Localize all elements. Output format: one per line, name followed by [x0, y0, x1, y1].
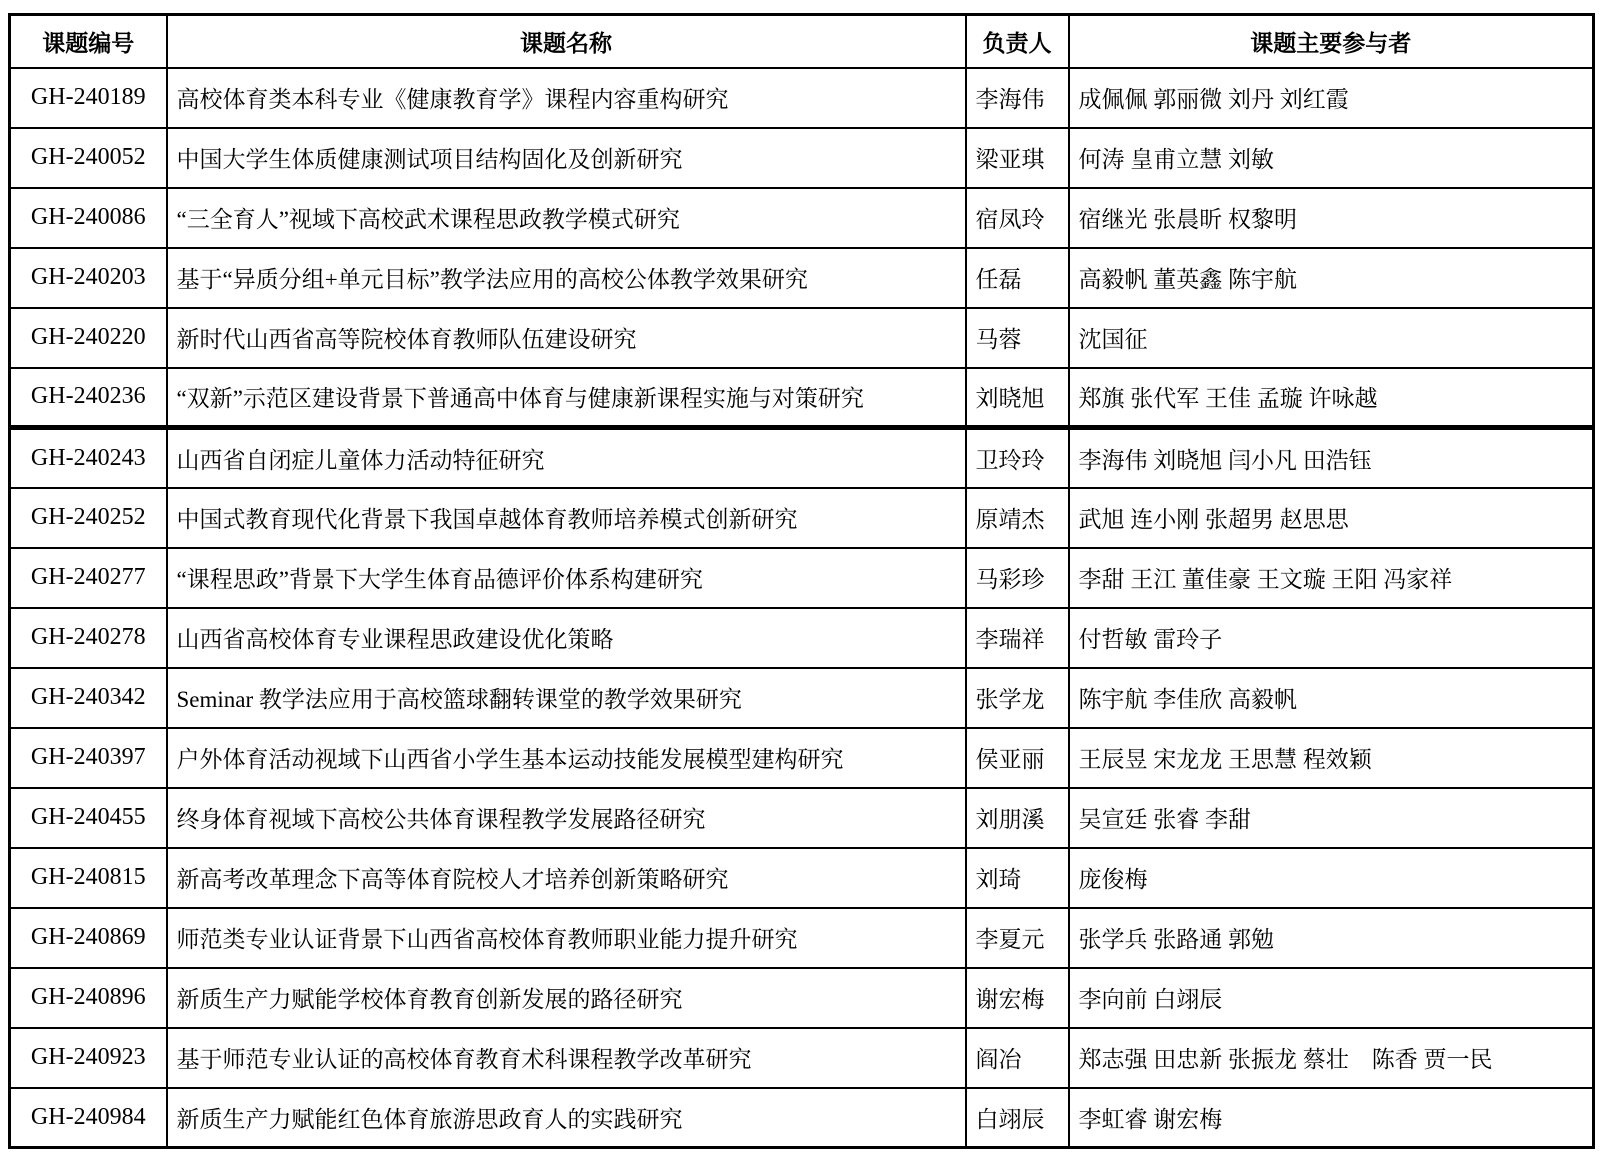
project-id-cell: GH-240277 — [10, 548, 167, 608]
project-id-cell: GH-240278 — [10, 608, 167, 668]
leader-cell: 梁亚琪 — [966, 128, 1069, 188]
project-title-cell: 师范类专业认证背景下山西省高校体育教师职业能力提升研究 — [167, 908, 966, 968]
leader-cell: 刘朋溪 — [966, 788, 1069, 848]
participants-cell: 郑旗 张代军 王佳 孟璇 许咏越 — [1069, 368, 1594, 428]
participants-cell: 张学兵 张路通 郭勉 — [1069, 908, 1594, 968]
header-project-title: 课题名称 — [167, 15, 966, 68]
project-title-cell: “课程思政”背景下大学生体育品德评价体系构建研究 — [167, 548, 966, 608]
header-participants: 课题主要参与者 — [1069, 15, 1594, 68]
participants-cell: 高毅帆 董英鑫 陈宇航 — [1069, 248, 1594, 308]
leader-cell: 刘晓旭 — [966, 368, 1069, 428]
project-id-cell: GH-240243 — [10, 428, 167, 488]
participants-cell: 李海伟 刘晓旭 闫小凡 田浩钰 — [1069, 428, 1594, 488]
document-page: 课题编号 课题名称 负责人 课题主要参与者 GH-240189 高校体育类本科专… — [0, 0, 1600, 1176]
table-row: GH-240923 基于师范专业认证的高校体育教育术科课程教学改革研究 阎冶 郑… — [10, 1028, 1594, 1088]
project-title-cell: 户外体育活动视域下山西省小学生基本运动技能发展模型建构研究 — [167, 728, 966, 788]
leader-cell: 谢宏梅 — [966, 968, 1069, 1028]
participants-cell: 武旭 连小刚 张超男 赵思思 — [1069, 488, 1594, 548]
leader-cell: 原靖杰 — [966, 488, 1069, 548]
project-id-cell: GH-240086 — [10, 188, 167, 248]
project-title-cell: 基于师范专业认证的高校体育教育术科课程教学改革研究 — [167, 1028, 966, 1088]
participants-cell: 何涛 皇甫立慧 刘敏 — [1069, 128, 1594, 188]
project-title-cell: 中国大学生体质健康测试项目结构固化及创新研究 — [167, 128, 966, 188]
project-title-cell: Seminar 教学法应用于高校篮球翻转课堂的教学效果研究 — [167, 668, 966, 728]
table-row: GH-240869 师范类专业认证背景下山西省高校体育教师职业能力提升研究 李夏… — [10, 908, 1594, 968]
project-title-cell: “三全育人”视域下高校武术课程思政教学模式研究 — [167, 188, 966, 248]
project-title-cell: 终身体育视域下高校公共体育课程教学发展路径研究 — [167, 788, 966, 848]
participants-cell: 李甜 王江 董佳豪 王文璇 王阳 冯家祥 — [1069, 548, 1594, 608]
project-title-cell: 新时代山西省高等院校体育教师队伍建设研究 — [167, 308, 966, 368]
table-row: GH-240984 新质生产力赋能红色体育旅游思政育人的实践研究 白翊辰 李虹睿… — [10, 1088, 1594, 1148]
table-row: GH-240342 Seminar 教学法应用于高校篮球翻转课堂的教学效果研究 … — [10, 668, 1594, 728]
participants-cell: 李虹睿 谢宏梅 — [1069, 1088, 1594, 1148]
project-title-cell: 基于“异质分组+单元目标”教学法应用的高校公体教学效果研究 — [167, 248, 966, 308]
leader-cell: 李海伟 — [966, 68, 1069, 128]
project-id-cell: GH-240342 — [10, 668, 167, 728]
table-row: GH-240052 中国大学生体质健康测试项目结构固化及创新研究 梁亚琪 何涛 … — [10, 128, 1594, 188]
table-row: GH-240203 基于“异质分组+单元目标”教学法应用的高校公体教学效果研究 … — [10, 248, 1594, 308]
participants-cell: 宿继光 张晨昕 权黎明 — [1069, 188, 1594, 248]
project-id-cell: GH-240923 — [10, 1028, 167, 1088]
leader-cell: 张学龙 — [966, 668, 1069, 728]
table-row: GH-240397 户外体育活动视域下山西省小学生基本运动技能发展模型建构研究 … — [10, 728, 1594, 788]
leader-cell: 卫玲玲 — [966, 428, 1069, 488]
participants-cell: 李向前 白翊辰 — [1069, 968, 1594, 1028]
project-title-cell: 高校体育类本科专业《健康教育学》课程内容重构研究 — [167, 68, 966, 128]
leader-cell: 李瑞祥 — [966, 608, 1069, 668]
table-row: GH-240815 新高考改革理念下高等体育院校人才培养创新策略研究 刘琦 庞俊… — [10, 848, 1594, 908]
project-id-cell: GH-240869 — [10, 908, 167, 968]
leader-cell: 宿凤玲 — [966, 188, 1069, 248]
project-title-cell: 新质生产力赋能学校体育教育创新发展的路径研究 — [167, 968, 966, 1028]
leader-cell: 侯亚丽 — [966, 728, 1069, 788]
table-row: GH-240236 “双新”示范区建设背景下普通高中体育与健康新课程实施与对策研… — [10, 368, 1594, 428]
project-title-cell: 新质生产力赋能红色体育旅游思政育人的实践研究 — [167, 1088, 966, 1148]
project-title-cell: 山西省高校体育专业课程思政建设优化策略 — [167, 608, 966, 668]
leader-cell: 阎冶 — [966, 1028, 1069, 1088]
participants-cell: 陈宇航 李佳欣 高毅帆 — [1069, 668, 1594, 728]
participants-cell: 庞俊梅 — [1069, 848, 1594, 908]
project-id-cell: GH-240896 — [10, 968, 167, 1028]
table-row: GH-240243 山西省自闭症儿童体力活动特征研究 卫玲玲 李海伟 刘晓旭 闫… — [10, 428, 1594, 488]
table-row: GH-240278 山西省高校体育专业课程思政建设优化策略 李瑞祥 付哲敏 雷玲… — [10, 608, 1594, 668]
table-row: GH-240189 高校体育类本科专业《健康教育学》课程内容重构研究 李海伟 成… — [10, 68, 1594, 128]
project-id-cell: GH-240236 — [10, 368, 167, 428]
projects-table: 课题编号 课题名称 负责人 课题主要参与者 GH-240189 高校体育类本科专… — [8, 13, 1595, 1149]
project-id-cell: GH-240189 — [10, 68, 167, 128]
project-id-cell: GH-240203 — [10, 248, 167, 308]
table-row: GH-240220 新时代山西省高等院校体育教师队伍建设研究 马蓉 沈国征 — [10, 308, 1594, 368]
project-id-cell: GH-240220 — [10, 308, 167, 368]
leader-cell: 马蓉 — [966, 308, 1069, 368]
leader-cell: 刘琦 — [966, 848, 1069, 908]
header-leader: 负责人 — [966, 15, 1069, 68]
table-row: GH-240455 终身体育视域下高校公共体育课程教学发展路径研究 刘朋溪 吴宣… — [10, 788, 1594, 848]
participants-cell: 郑志强 田忠新 张振龙 蔡壮 陈香 贾一民 — [1069, 1028, 1594, 1088]
project-title-cell: 新高考改革理念下高等体育院校人才培养创新策略研究 — [167, 848, 966, 908]
participants-cell: 成佩佩 郭丽微 刘丹 刘红霞 — [1069, 68, 1594, 128]
leader-cell: 李夏元 — [966, 908, 1069, 968]
project-title-cell: 中国式教育现代化背景下我国卓越体育教师培养模式创新研究 — [167, 488, 966, 548]
participants-cell: 王辰昱 宋龙龙 王思慧 程效颖 — [1069, 728, 1594, 788]
participants-cell: 沈国征 — [1069, 308, 1594, 368]
project-id-cell: GH-240397 — [10, 728, 167, 788]
project-id-cell: GH-240455 — [10, 788, 167, 848]
leader-cell: 任磊 — [966, 248, 1069, 308]
header-row: 课题编号 课题名称 负责人 课题主要参与者 — [10, 15, 1594, 68]
project-title-cell: 山西省自闭症儿童体力活动特征研究 — [167, 428, 966, 488]
table-row: GH-240252 中国式教育现代化背景下我国卓越体育教师培养模式创新研究 原靖… — [10, 488, 1594, 548]
participants-cell: 付哲敏 雷玲子 — [1069, 608, 1594, 668]
project-id-cell: GH-240984 — [10, 1088, 167, 1148]
leader-cell: 马彩珍 — [966, 548, 1069, 608]
project-id-cell: GH-240252 — [10, 488, 167, 548]
participants-cell: 吴宣廷 张睿 李甜 — [1069, 788, 1594, 848]
header-project-id: 课题编号 — [10, 15, 167, 68]
table-row: GH-240896 新质生产力赋能学校体育教育创新发展的路径研究 谢宏梅 李向前… — [10, 968, 1594, 1028]
project-id-cell: GH-240815 — [10, 848, 167, 908]
project-title-cell: “双新”示范区建设背景下普通高中体育与健康新课程实施与对策研究 — [167, 368, 966, 428]
project-id-cell: GH-240052 — [10, 128, 167, 188]
table-row: GH-240086 “三全育人”视域下高校武术课程思政教学模式研究 宿凤玲 宿继… — [10, 188, 1594, 248]
table-row: GH-240277 “课程思政”背景下大学生体育品德评价体系构建研究 马彩珍 李… — [10, 548, 1594, 608]
leader-cell: 白翊辰 — [966, 1088, 1069, 1148]
